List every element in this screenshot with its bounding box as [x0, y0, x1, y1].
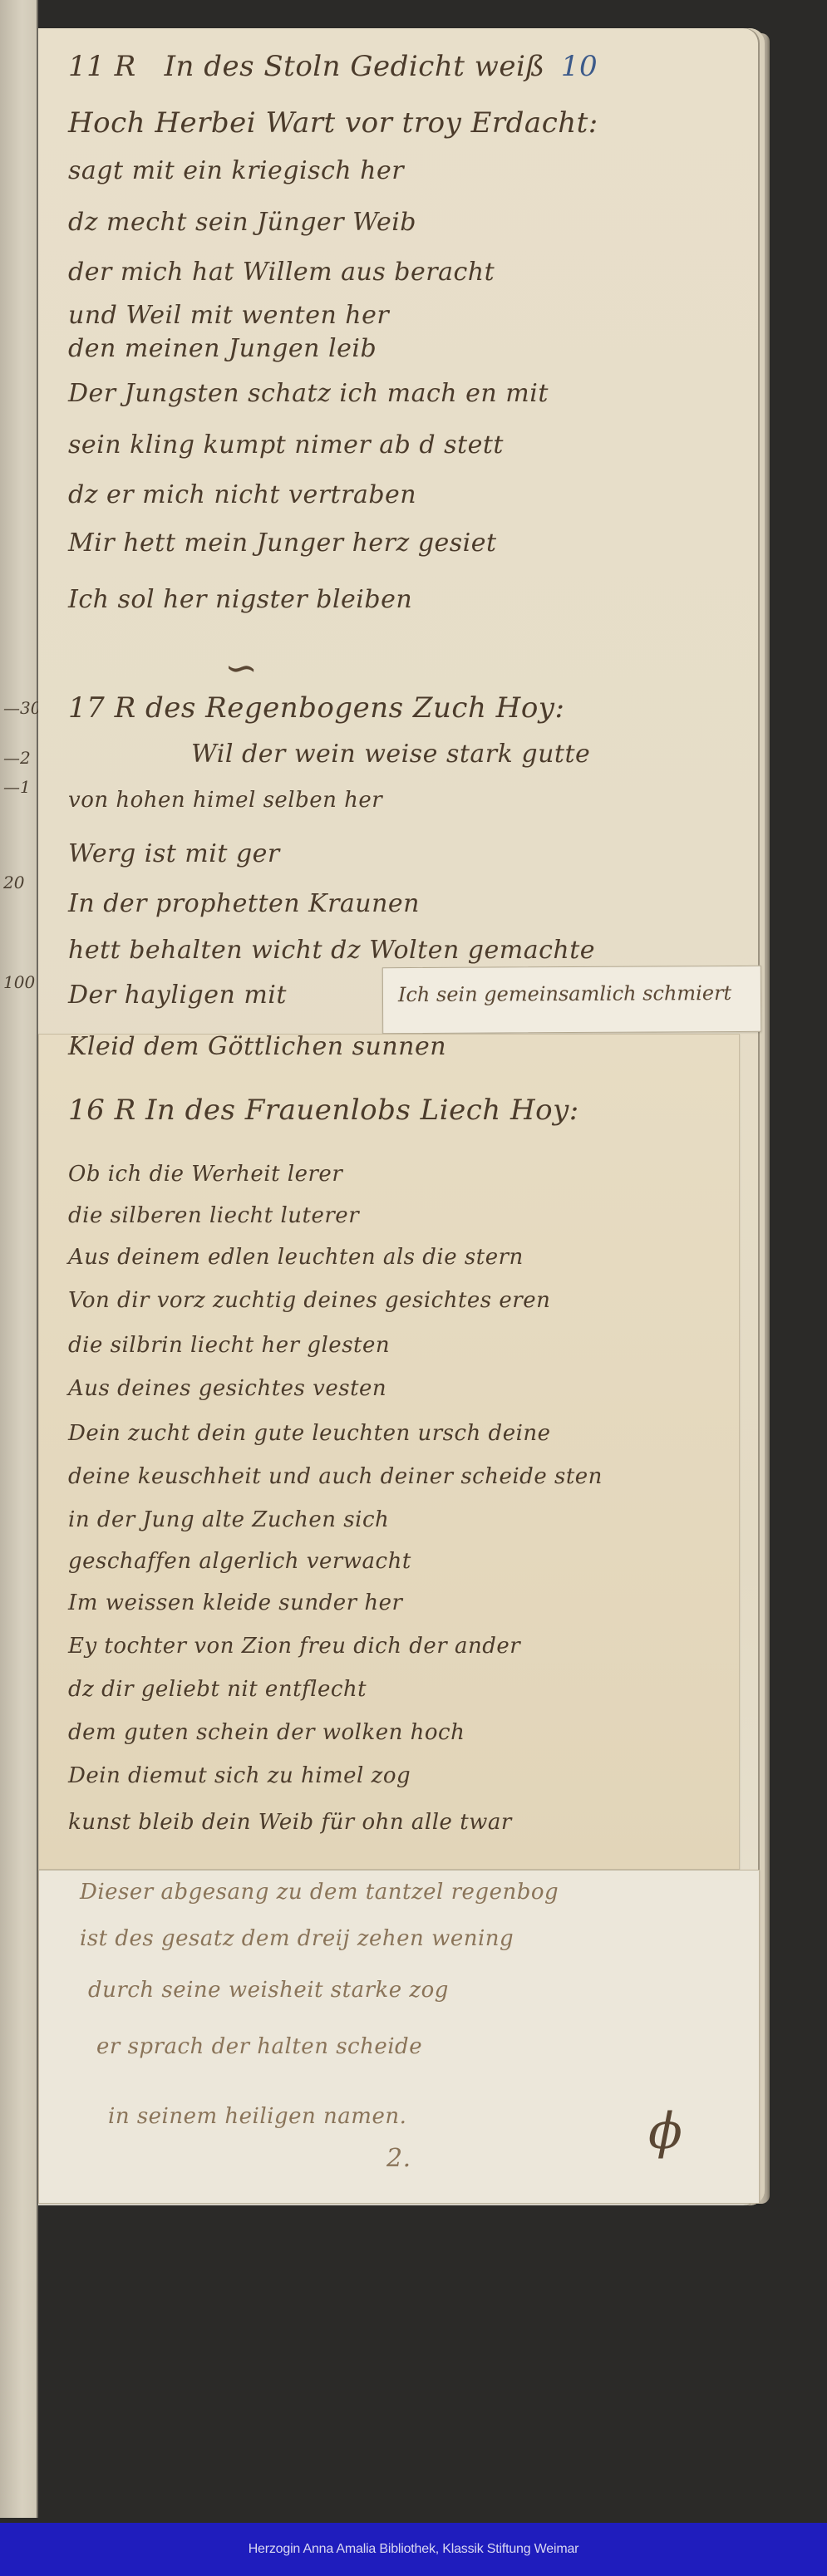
adjacent-page-edge: —30 —2 —1 20 100 [0, 0, 38, 2518]
text-line: Von dir vorz zuchtig deines gesichtes er… [68, 1288, 550, 1313]
text-line: dz mecht sein Jünger Weib [68, 208, 416, 237]
closing-note-line: Dieser abgesang zu dem tantzel regenbog [80, 1880, 559, 1905]
text-line: Dein zucht dein gute leuchten ursch dein… [68, 1421, 551, 1446]
text-line: sein kling kumpt nimer ab d stett [68, 430, 504, 460]
text-line: Kleid dem Göttlichen sunnen [68, 1032, 446, 1061]
margin-mark: 100 [3, 972, 35, 992]
text-line: Aus deines gesichtes vesten [68, 1376, 386, 1401]
text-line: Ich sol her nigster bleiben [68, 585, 412, 614]
text-line: Wil der wein weise stark gutte [191, 740, 590, 769]
flourish-ornament: ∽ [224, 645, 258, 691]
footer-credit-bar: Herzogin Anna Amalia Bibliothek, Klassik… [0, 2523, 827, 2576]
text-line: von hohen himel selben her [68, 788, 382, 813]
text-line: In der prophetten Kraunen [68, 889, 420, 918]
text-line: deine keuschheit und auch deiner scheide… [68, 1464, 603, 1489]
margin-mark: —30 [3, 698, 41, 718]
text-line: dz dir geliebt nit entflecht [68, 1677, 367, 1702]
text-line: dem guten schein der wolken hoch [68, 1720, 465, 1745]
margin-mark: —2 [3, 748, 31, 768]
section-heading: 16 R In des Frauenlobs Liech Hoy: [68, 1094, 579, 1127]
text-line: Hoch Herbei Wart vor troy Erdacht: [68, 106, 598, 140]
closing-note-line: er sprach der halten scheide [96, 2034, 422, 2059]
closing-note-line: durch seine weisheit starke zog [88, 1978, 449, 2003]
text-line: Mir hett mein Junger herz gesiet [68, 528, 497, 558]
footer-credit: Herzogin Anna Amalia Bibliothek, Klassik… [249, 2542, 579, 2557]
text-line: hett behalten wicht dz Wolten gemachte [68, 936, 595, 965]
closing-note-line: ist des gesatz dem dreij zehen wening [80, 1926, 514, 1951]
closing-number: 2. [386, 2144, 411, 2173]
image-viewer: —30 —2 —1 20 100 Ich sein gemeinsamlich … [0, 0, 827, 2523]
text-line: Aus deinem edlen leuchten als die stern [68, 1245, 524, 1270]
section-heading: 17 R des Regenbogens Zuch Hoy: [68, 691, 564, 725]
pasted-paper-slip: Ich sein gemeinsamlich schmiert [382, 966, 761, 1034]
text-line: Werg ist mit ger [68, 839, 280, 868]
text-line: Ob ich die Werheit lerer [68, 1162, 342, 1187]
text-line: und Weil mit wenten her [68, 301, 389, 330]
text-line: den meinen Jungen leib [68, 334, 377, 363]
paragraph-flourish: ϕ [648, 2102, 682, 2161]
text-line: der mich hat Willem aus beracht [68, 258, 495, 287]
text-line: Im weissen kleide sunder her [68, 1590, 402, 1615]
heading-number: 11 R [68, 50, 136, 83]
text-line: geschaffen algerlich verwacht [68, 1549, 411, 1574]
text-line: dz er mich nicht vertraben [68, 480, 416, 509]
text-line: in der Jung alte Zuchen sich [68, 1507, 389, 1532]
margin-mark: 20 [3, 873, 24, 892]
slip-text: Ich sein gemeinsamlich schmiert [398, 981, 731, 1006]
text-line: Der Jungsten schatz ich mach en mit [68, 379, 549, 408]
text-line: sagt mit ein kriegisch her [68, 156, 404, 185]
margin-mark: —1 [3, 777, 31, 797]
heading-text: In des Stoln Gedicht weiß [165, 50, 545, 83]
text-line: Der hayligen mit [68, 981, 287, 1010]
text-line: die silberen liecht luterer [68, 1203, 359, 1228]
text-line: Dein diemut sich zu himel zog [68, 1763, 411, 1788]
text-line: kunst bleib dein Weib für ohn alle twar [68, 1810, 512, 1835]
page-number: 10 [561, 50, 598, 83]
poem-heading: 11 R In des Stoln Gedicht weiß 10 [68, 50, 598, 83]
closing-note-line: in seinem heiligen namen. [108, 2104, 406, 2129]
text-line: die silbrin liecht her glesten [68, 1333, 390, 1358]
text-line: Ey tochter von Zion freu dich der ander [68, 1634, 520, 1659]
